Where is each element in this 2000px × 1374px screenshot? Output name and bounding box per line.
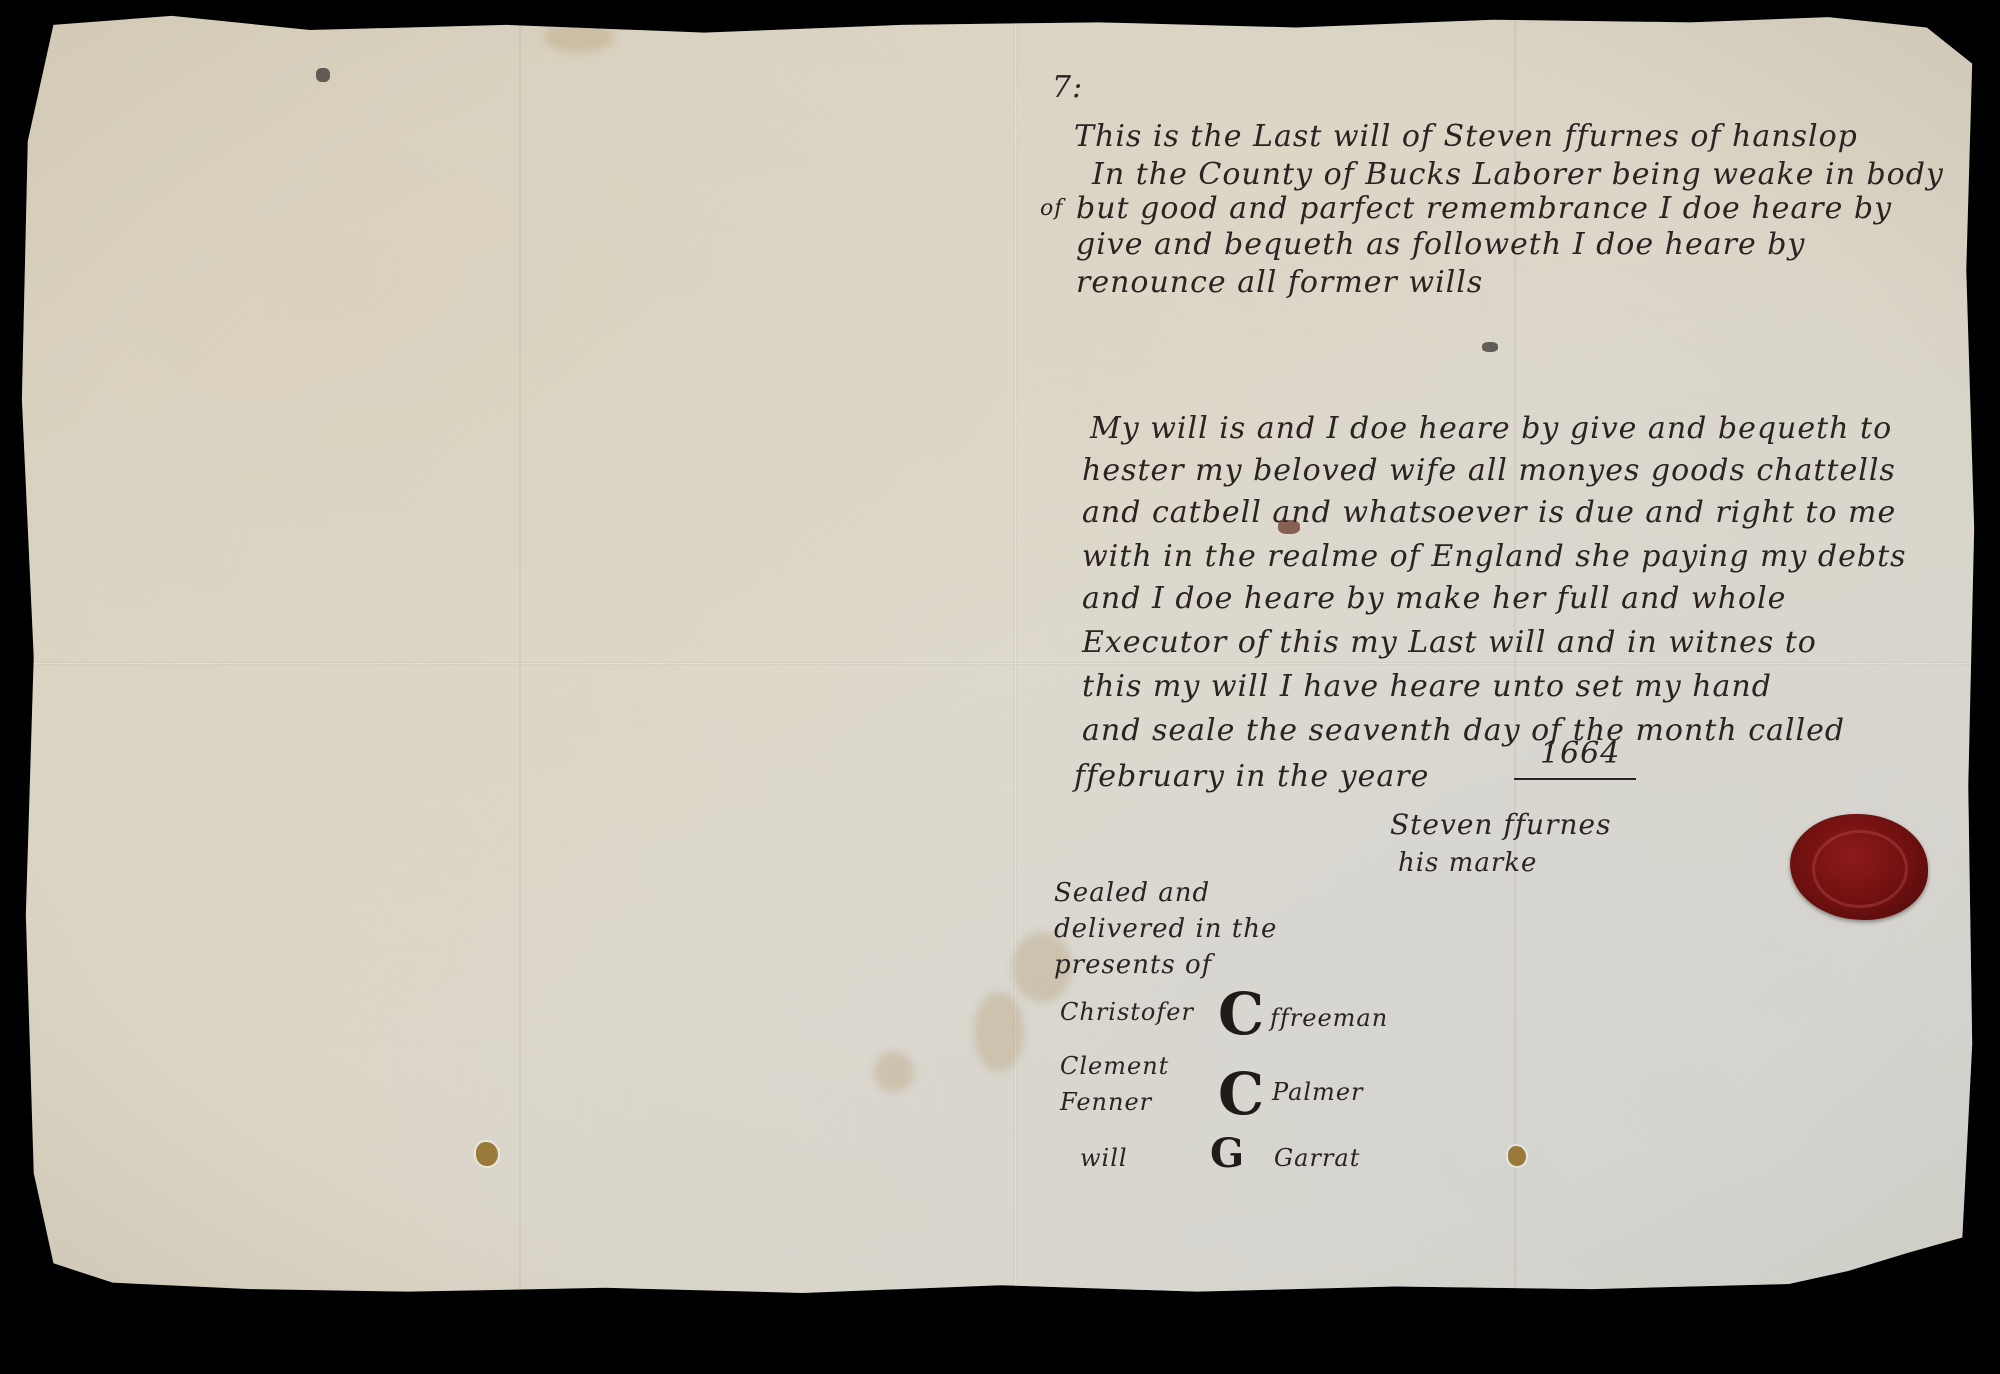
water-stain	[874, 1052, 914, 1092]
scanned-document-frame: 7: This is the Last will of Steven ffurn…	[0, 0, 2000, 1374]
will-year: 1664	[1540, 736, 1620, 771]
center-fold-line	[1014, 12, 1017, 1302]
witness-first-name: Clement	[1060, 1052, 1169, 1080]
witness-first-name: Fenner	[1060, 1088, 1152, 1116]
witness-surname: Garrat	[1274, 1144, 1360, 1172]
preamble-line: renounce all former wills	[1076, 264, 1483, 302]
preamble-line: give and bequeth as followeth I doe hear…	[1076, 226, 1805, 264]
water-stain	[974, 992, 1024, 1072]
preamble-marginal-note: of	[1040, 196, 1063, 221]
edge-stain	[544, 22, 614, 52]
witness-mark: C	[1218, 1060, 1264, 1128]
witness-first-name: Christofer	[1060, 998, 1194, 1026]
attestation-line: delivered in the	[1054, 914, 1277, 944]
will-body-line: this my will I have heare unto set my ha…	[1082, 668, 1772, 706]
will-body-line: Executor of this my Last will and in wit…	[1082, 624, 1817, 662]
testator-signature: Steven ffurnes	[1390, 808, 1611, 841]
will-body-line: and seale the seaventh day of the month …	[1082, 712, 1845, 750]
will-body-line: My will is and I doe heare by give and b…	[1090, 410, 1892, 448]
binding-hole-left	[476, 1142, 498, 1166]
witness-mark: G	[1210, 1130, 1244, 1177]
ink-blot	[1482, 342, 1498, 352]
will-body-line: with in the realme of England she paying…	[1082, 538, 1907, 576]
will-body-line: ffebruary in the yeare	[1074, 758, 1429, 796]
attestation-line: Sealed and	[1054, 878, 1210, 908]
horizontal-fold-line	[14, 662, 1986, 665]
ink-blot	[316, 68, 330, 82]
witness-surname: Palmer	[1272, 1078, 1364, 1106]
folio-number: 7:	[1052, 70, 1083, 105]
parchment-sheet: 7: This is the Last will of Steven ffurn…	[14, 12, 1986, 1302]
witness-mark: C	[1218, 980, 1264, 1048]
year-underline	[1514, 778, 1636, 780]
preamble-line: but good and parfect remembrance I doe h…	[1076, 190, 1892, 228]
attestation-line: presents of	[1054, 950, 1212, 980]
witness-first-name: will	[1080, 1144, 1128, 1172]
testator-mark-label: his marke	[1398, 848, 1537, 878]
faint-fold-left	[519, 12, 521, 1302]
preamble-line: In the County of Bucks Laborer being wea…	[1092, 156, 1944, 194]
red-wax-seal	[1790, 814, 1928, 920]
will-body-line: hester my beloved wife all monyes goods …	[1082, 452, 1896, 490]
will-body-line: and catbell and whatsoever is due and ri…	[1082, 494, 1896, 532]
preamble-line: This is the Last will of Steven ffurnes …	[1074, 118, 1858, 156]
will-body-line: and I doe heare by make her full and who…	[1082, 580, 1786, 618]
witness-surname: ffreeman	[1270, 1004, 1388, 1032]
binding-hole-right	[1508, 1146, 1526, 1166]
